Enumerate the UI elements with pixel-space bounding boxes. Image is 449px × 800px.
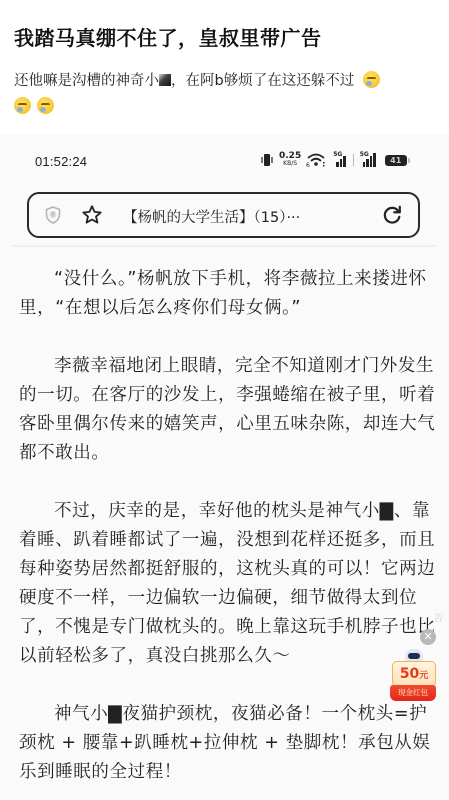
svg-text:?: ? — [51, 213, 54, 219]
post-title: 我踏马真绷不住了，皇叔里带广告 — [14, 22, 322, 51]
censored-block — [159, 74, 171, 86]
ad-close-button[interactable]: ✕ — [420, 629, 436, 645]
reader-content: “没什么。”杨帆放下手机，将李薇拉上来搂进怀里，“在想以后怎么疼你们母女俩。” … — [19, 265, 437, 787]
post-header: 我踏马真绷不住了，皇叔里带广告 还他嘛是沟槽的神奇小，在阿b够烦了在这还躲不过 — [0, 0, 449, 135]
angry-face-emoji-icon — [363, 71, 380, 88]
angry-face-emoji-icon — [37, 97, 54, 114]
battery-icon: 41 — [385, 155, 407, 166]
red-packet-amount-unit: 元 — [419, 671, 428, 681]
reader-paragraph: “没什么。”杨帆放下手机，将李薇拉上来搂进怀里，“在想以后怎么疼你们母女俩。” — [19, 265, 437, 323]
reader-paragraph: 不过，庆幸的是，幸好他的枕头是神气小▇、靠着睡、趴着睡都试了一遍，没想到花样还挺… — [19, 497, 437, 671]
red-packet-amount: 50元 — [392, 661, 436, 687]
status-time: 01:52:24 — [35, 154, 87, 169]
reload-icon[interactable] — [381, 204, 403, 226]
embedded-screenshot: 01:52:24 0.25 KB/S 6 5G — [0, 135, 449, 800]
signal-sim2-icon: 5G — [361, 153, 376, 167]
browser-address-bar[interactable]: ? 【杨帆的大学生活】（15）··· — [27, 192, 420, 238]
svg-text:6: 6 — [306, 162, 310, 167]
red-packet-ad[interactable]: 50元 现金红包 — [390, 649, 436, 707]
ad-tag: 告 — [434, 611, 443, 624]
signal-sim1-icon: 5G — [334, 153, 346, 167]
wifi-icon: 6 — [306, 153, 326, 167]
status-divider — [353, 154, 354, 166]
network-speed-value: 0.25 — [279, 152, 301, 160]
reader-paragraph: 李薇幸福地闭上眼睛，完全不知道刚才门外发生的一切。在客厅的沙发上，李强蜷缩在被子… — [19, 352, 437, 468]
angry-face-emoji-icon — [14, 97, 31, 114]
red-packet-label: 现金红包 — [390, 685, 436, 701]
status-bar: 01:52:24 0.25 KB/S 6 5G — [0, 135, 449, 187]
battery-level: 41 — [390, 156, 401, 165]
post-body-text-start: 还他嘛是沟槽的神奇小 — [14, 73, 159, 89]
sim1-label: 5G — [333, 151, 342, 158]
network-speed-unit: KB/S — [283, 160, 297, 168]
status-icons: 0.25 KB/S 6 5G 5G 41 — [260, 152, 407, 168]
post-body: 还他嘛是沟槽的神奇小，在阿b够烦了在这还躲不过 — [14, 68, 439, 120]
vibrate-icon — [260, 153, 274, 167]
page-title[interactable]: 【杨帆的大学生活】（15）··· — [123, 206, 300, 227]
red-packet-amount-value: 50 — [400, 666, 419, 682]
sim2-label: 5G — [360, 151, 369, 158]
network-speed: 0.25 KB/S — [279, 152, 301, 168]
reader-paragraph: 神气小▇夜猫护颈枕，夜猫必备！一个枕头=护颈枕 + 腰靠+趴睡枕+拉伸枕 + 垫… — [19, 700, 437, 787]
bookmark-star-icon[interactable] — [81, 204, 103, 226]
toolbar-divider — [13, 245, 437, 247]
post-body-text-end: ，在阿b够烦了在这还躲不过 — [171, 73, 354, 89]
security-shield-icon[interactable]: ? — [45, 206, 61, 224]
